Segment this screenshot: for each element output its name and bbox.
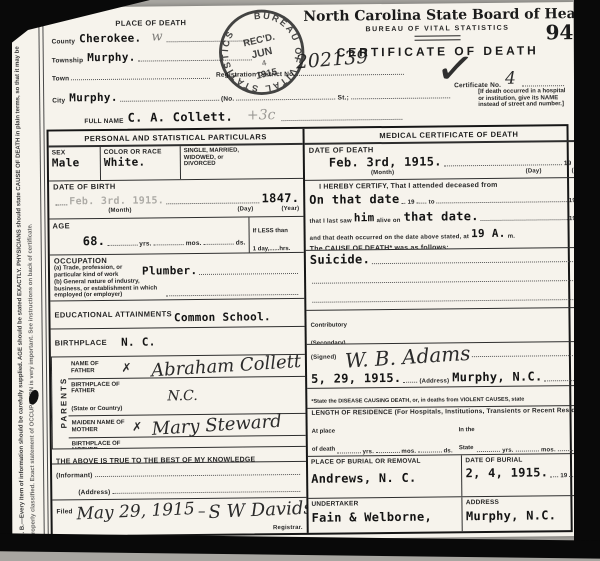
film-edge-right (574, 0, 600, 550)
informant-address-label: (Address) (78, 489, 110, 496)
city-value: Murphy. (69, 91, 118, 105)
res-yrs2: yrs. (502, 448, 514, 454)
film-edge-bottom (0, 533, 600, 559)
full-name-label: FULL NAME (84, 118, 123, 125)
age-yrs-label: yrs. (139, 240, 151, 247)
certificate-title: CERTIFICATE OF DEATH (304, 43, 572, 60)
occupation-row: OCCUPATION (a) Trade, profession, or par… (50, 253, 304, 302)
undertaker-value: Fain & Welborne, (312, 509, 460, 525)
certify-line: I HEREBY CERTIFY, That I attended deceas… (319, 181, 590, 191)
township-value: Murphy. (87, 51, 136, 65)
cause-block: Suicide. (Duration) yrs. mos. 1/24 ds. (306, 248, 595, 311)
board-title: North Carolina State Board of Health (303, 6, 571, 25)
birthplace-row: BIRTHPLACE N. C. (51, 327, 305, 358)
alive-on-label: alive on (377, 218, 401, 224)
sex-cell: SEX Male (49, 147, 101, 181)
town-row: Town (52, 70, 212, 83)
medical-column: MEDICAL CERTIFICATE OF DEATH DATE OF DEA… (305, 126, 598, 533)
dob-year-sublabel: (Year) (281, 206, 299, 212)
dotted-leader (337, 450, 360, 453)
registrar-label: Registrar. (273, 525, 303, 531)
dotted-leader (95, 472, 301, 477)
board-title-block: North Carolina State Board of Health BUR… (303, 6, 572, 60)
stamp-year-text: 1915 (255, 66, 279, 82)
in-state-label1: In the (459, 427, 475, 434)
death-time-value: 19 A. (471, 227, 506, 240)
signed-label: (Signed) (311, 355, 337, 361)
dotted-leader (550, 474, 558, 477)
dotted-leader (417, 201, 427, 204)
undertaker-cell: UNDERTAKER Fain & Welborne, (308, 497, 463, 533)
res-yrs1: yrs. (363, 449, 375, 455)
parents-block: PARENTS NAME OF FATHER ✗ Abraham Collett… (51, 355, 306, 450)
last-saw-him-value: him (354, 211, 375, 224)
dotted-leader (376, 450, 399, 453)
res-mos2: mos. (541, 447, 556, 453)
age-less-line1: If LESS than (253, 228, 288, 235)
age-less-cell: If LESS than 1 day,......hrs. or........… (249, 217, 303, 253)
that-date-value: that date. (403, 209, 478, 224)
informant-row: (Informant) (Address) (52, 462, 306, 501)
dotted-leader (437, 199, 567, 203)
education-label: EDUCATIONAL ATTAINMENTS (54, 309, 172, 319)
burial-place-cell: PLACE OF BURIAL OR REMOVAL Andrews, N. C… (308, 455, 463, 498)
burial-place-label: PLACE OF BURIAL OR REMOVAL (311, 457, 458, 466)
hospital-note: [If death occurred in a hospital or inst… (478, 88, 568, 108)
county-value: Cherokee. (79, 32, 141, 46)
dotted-leader (516, 448, 539, 451)
certificate-body: PERSONAL AND STATISTICAL PARTICULARS SEX… (46, 124, 572, 537)
dotted-leader (120, 98, 219, 102)
dotted-leader (199, 271, 298, 275)
death-occurred-label: and that death occurred on the date abov… (310, 234, 469, 242)
residence-label: LENGTH OF RESIDENCE (For Hospitals, Inst… (311, 407, 592, 417)
dotted-leader (477, 449, 500, 452)
dotted-leader (418, 449, 441, 452)
occupation-a-label: (a) Trade, profession, or particular kin… (54, 265, 142, 279)
x-mark: ✗ (132, 419, 142, 433)
street-label: St.; (338, 94, 349, 101)
at-place-label2: of death (312, 447, 335, 454)
res-ds1: ds. (444, 448, 453, 454)
x-mark: ✗ (121, 360, 131, 374)
certificate-no-value: 4 (505, 69, 516, 89)
cause-value: Suicide. (310, 252, 370, 267)
parents-vertical-label: PARENTS (51, 357, 69, 448)
date-of-birth-row: DATE OF BIRTH Feb. 3rd. 1915. 1847. (Mon… (49, 179, 303, 220)
father-name-row: NAME OF FATHER ✗ Abraham Collett (68, 355, 305, 379)
page-number: 94 (545, 20, 573, 44)
certify-block: I HEREBY CERTIFY, That I attended deceas… (305, 178, 594, 251)
dob-faint-stamp: Feb. 3rd. 1915. (69, 195, 164, 207)
dotted-leader (351, 95, 450, 99)
filed-dash: – (198, 501, 206, 519)
age-value: 68. (83, 234, 106, 248)
bureau-subtitle: BUREAU OF VITAL STATISTICS (303, 24, 571, 34)
dob-month-sublabel: (Month) (108, 208, 131, 214)
dotted-leader (204, 242, 234, 245)
margin-instructions-line1: N. B.—Every item of information should b… (15, 46, 26, 538)
mother-name-label: MAIDEN NAME OF MOTHER (72, 420, 128, 434)
title-rule (415, 35, 461, 40)
contributory-block: Contributory (Secondary) (Duration) yrs.… (306, 308, 595, 345)
dotted-leader (312, 297, 589, 303)
dod-19: 19 (564, 160, 572, 167)
death-time-m-label: m. (508, 234, 515, 240)
age-mos-label: mos. (186, 240, 202, 247)
filed-date-value: May 29, 1915 (76, 498, 195, 523)
birthplace-label: BIRTHPLACE (55, 338, 107, 348)
mother-name-row: MAIDEN NAME OF MOTHER ✗ Mary Steward (68, 414, 305, 438)
date-of-death-row: DATE OF DEATH Feb. 3rd, 1915. 19 (Month)… (305, 142, 594, 181)
birthplace-value: N. C. (121, 335, 156, 348)
dob-day-sublabel: (Day) (237, 206, 253, 212)
occupation-a-value: Plumber. (142, 264, 198, 278)
father-name-label: NAME OF FATHER (71, 361, 117, 374)
race-cell: COLOR OR RACE White. (101, 146, 181, 180)
education-row: EDUCATIONAL ATTAINMENTS Common School. (50, 299, 304, 330)
dotted-leader (372, 259, 588, 264)
sex-race-marital-row: SEX Male COLOR OR RACE White. SINGLE, MA… (49, 145, 303, 182)
physician-signature: W. B. Adams (344, 342, 471, 373)
last-saw-prefix: that I last saw (309, 218, 351, 224)
age-less-line2: 1 day,......hrs. (253, 246, 291, 252)
certificate-no-row: Certificate No. 4 (454, 68, 566, 89)
filed-label: Filed (56, 508, 72, 515)
dotted-leader (522, 83, 564, 86)
father-birthplace-label: BIRTHPLACE OF FATHER (71, 381, 127, 395)
res-mos1: mos. (401, 449, 416, 455)
age-cell: AGE 68. yrs. mos. ds. (49, 217, 249, 254)
dotted-leader (154, 242, 184, 245)
dotted-leader (281, 117, 402, 121)
attended-from-19: 19 (408, 200, 415, 206)
township-label: Township (52, 57, 84, 64)
place-of-death-label: PLACE OF DEATH (115, 18, 186, 28)
marital-label: SINGLE, MARRIED, WIDOWED, or DIVORCED (184, 147, 254, 167)
race-value: White. (104, 155, 177, 169)
attended-from-value: On that date (309, 192, 399, 207)
personal-column: PERSONAL AND STATISTICAL PARTICULARS SEX… (49, 129, 309, 536)
full-name-value: C. A. Collett. (128, 110, 234, 125)
dotted-leader (444, 162, 562, 166)
dotted-leader (112, 489, 300, 494)
county-scribble: w (151, 29, 162, 44)
city-label: City (52, 97, 65, 104)
education-value: Common School. (174, 310, 271, 324)
attended-to-label: to (429, 200, 435, 206)
dod-value: Feb. 3rd, 1915. (329, 154, 442, 169)
footnote-line1: *State the DISEASE CAUSING DEATH, or, in… (311, 397, 524, 406)
certificate-header: PLACE OF DEATH County Cherokee. w Townsh… (45, 2, 570, 129)
dotted-leader (166, 200, 260, 204)
registrar-signature: S W Davidson (208, 498, 307, 523)
contributory-label: Contributory (311, 322, 347, 329)
microfilm-scan: properly classified. Exact statement of … (0, 0, 600, 561)
dotted-leader (55, 202, 67, 205)
physician-address-value: Murphy, N.C. (452, 369, 542, 384)
filed-row: Filed May 29, 1915 – S W Davidson Regist… (52, 498, 306, 536)
undertaker-label: UNDERTAKER (311, 499, 458, 508)
full-name-row: FULL NAME C. A. Collett. +3c (84, 106, 404, 125)
full-name-pencil-note: +3c (247, 107, 276, 123)
father-birthplace-sublabel: (State or Country) (71, 406, 122, 413)
town-label: Town (52, 75, 69, 82)
residence-block: LENGTH OF RESIDENCE (For Hospitals, Inst… (307, 406, 596, 457)
father-birthplace-value: N.C. (167, 388, 198, 404)
dotted-leader (402, 201, 406, 204)
occupation-b-label: (b) General nature of industry, business… (54, 278, 164, 299)
age-row: AGE 68. yrs. mos. ds. If (49, 217, 303, 256)
marital-cell: SINGLE, MARRIED, WIDOWED, or DIVORCED (W… (181, 145, 303, 179)
death-certificate-page: properly classified. Exact statement of … (7, 2, 579, 542)
at-place-label1: At place (312, 429, 335, 436)
dotted-leader (481, 217, 567, 221)
burial-date-value: 2, 4, 1915. (465, 465, 548, 480)
undertaker-row: UNDERTAKER Fain & Welborne, ADDRESS Murp… (308, 496, 597, 533)
dotted-leader (107, 243, 137, 246)
age-label: AGE (52, 219, 245, 230)
burial-place-value: Andrews, N. C. (311, 470, 459, 486)
physician-address-label: (Address) (419, 378, 449, 384)
dotted-leader (312, 278, 589, 284)
informant-label: (Informant) (56, 472, 93, 479)
burial-19: 19 (560, 473, 567, 479)
dod-month-sublabel: (Month) (371, 170, 394, 176)
dotted-leader (166, 291, 298, 295)
age-ds-label: ds. (236, 239, 246, 246)
dotted-leader (472, 353, 573, 357)
dotted-leader (403, 380, 417, 383)
signed-date-value: 5, 29, 1915. (311, 371, 401, 386)
in-state-label2: State (459, 445, 474, 452)
sex-value: Male (52, 156, 97, 169)
dotted-leader (71, 76, 210, 80)
dob-label: DATE OF BIRTH (53, 180, 299, 192)
county-label: County (52, 38, 76, 45)
film-edge-left (0, 20, 12, 548)
physician-signature-block: (Signed) W. B. Adams M. D. 5, 29, 1915. … (307, 342, 596, 389)
margin-instructions-line2: properly classified. Exact statement of … (27, 224, 36, 538)
dob-year-value: 1847. (262, 191, 300, 205)
dod-day-sublabel: (Day) (526, 168, 542, 174)
margin-instructions: properly classified. Exact statement of … (12, 12, 40, 538)
burial-row: PLACE OF BURIAL OR REMOVAL Andrews, N. C… (308, 454, 597, 499)
stamp-day-text: 4 (261, 58, 268, 68)
